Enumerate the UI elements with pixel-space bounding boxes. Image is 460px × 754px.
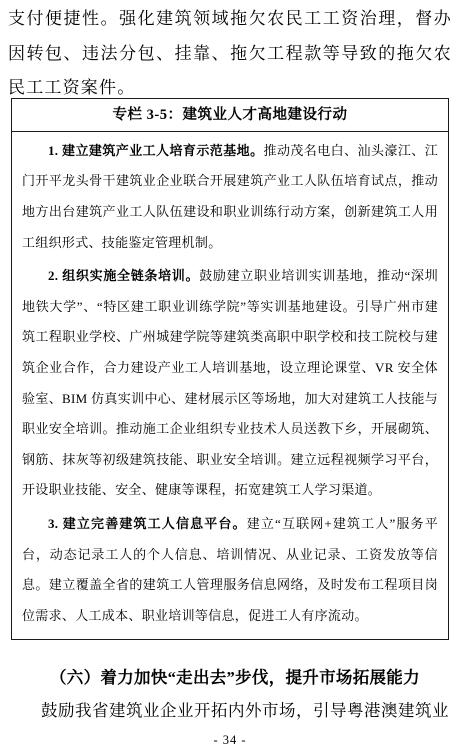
box-item-3-text: 建立“互联网+建筑工人”服务平台，动态记录工人的个人信息、培训情况、从业记录、工… <box>22 516 438 623</box>
box-item-1-lead: 1. 建立建筑产业工人培育示范基地。 <box>48 143 264 158</box>
paragraph-bottom: 鼓励我省建筑业企业开拓内外市场，引导粤港澳建筑业 <box>0 696 460 726</box>
box-item-3-lead: 3. 建立完善建筑工人信息平台。 <box>48 516 247 531</box>
box-item-1-text: 推动茂名电白、汕头濠江、江门开平龙头骨干建筑业企业联合开展建筑产业工人队伍培育试… <box>22 143 438 250</box>
box-item-3: 3. 建立完善建筑工人信息平台。建立“互联网+建筑工人”服务平台，动态记录工人的… <box>22 509 438 631</box>
document-page: 支付便捷性。强化建筑领域拖欠农民工工资治理，督办因转包、违法分包、挂靠、拖欠工程… <box>0 0 460 754</box>
box-item-2: 2. 组织实施全链条培训。鼓励建立职业培训实训基地，推动“深圳地铁大学”、“特区… <box>22 261 438 506</box>
box-item-2-lead: 2. 组织实施全链条培训。 <box>48 268 199 283</box>
callout-box-body: 1. 建立建筑产业工人培育示范基地。推动茂名电白、汕头濠江、江门开平龙头骨干建筑… <box>12 132 448 640</box>
box-item-2-text: 鼓励建立职业培训实训基地，推动“深圳地铁大学”、“特区建工职业训练学院”等实训基… <box>22 268 438 497</box>
callout-box: 专栏 3-5：建筑业人才高地建设行动 1. 建立建筑产业工人培育示范基地。推动茂… <box>11 98 449 641</box>
page-number: - 34 - <box>0 733 460 748</box>
box-item-1: 1. 建立建筑产业工人培育示范基地。推动茂名电白、汕头濠江、江门开平龙头骨干建筑… <box>22 136 438 258</box>
paragraph-top: 支付便捷性。强化建筑领域拖欠农民工工资治理，督办因转包、违法分包、挂靠、拖欠工程… <box>0 0 460 106</box>
section-heading: （六）着力加快“走出去”步伐，提升市场拓展能力 <box>0 666 460 690</box>
